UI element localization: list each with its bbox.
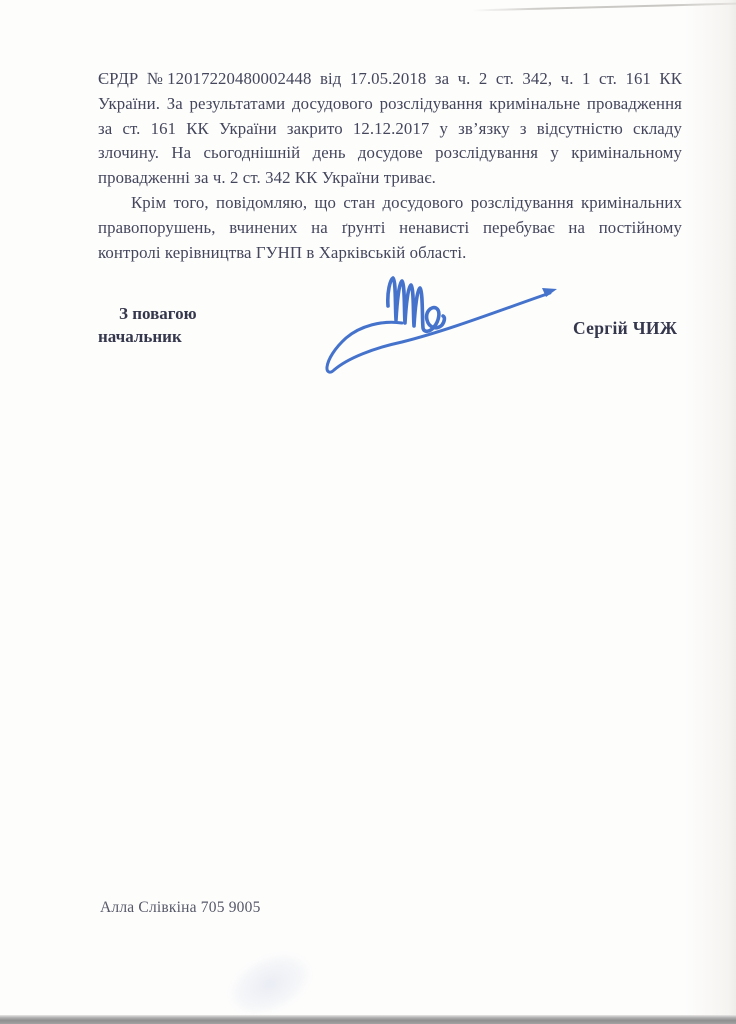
scan-artifact-top-line bbox=[472, 3, 736, 12]
scanned-letter-page: ЄРДР №12017220480002448 від 17.05.2018 з… bbox=[0, 0, 736, 1024]
scan-bleedthrough-smudge bbox=[221, 943, 319, 1024]
closing-position-title: начальник bbox=[98, 326, 197, 349]
paragraph-case-status: ЄРДР №12017220480002448 від 17.05.2018 з… bbox=[98, 67, 682, 191]
scan-artifact-bottom-band bbox=[0, 1015, 736, 1024]
closing-block: З повагою начальник bbox=[98, 303, 197, 348]
paragraph-hate-crimes-control: Крім того, повідомляю, що стан досудовог… bbox=[98, 191, 682, 265]
letter-body: ЄРДР №12017220480002448 від 17.05.2018 з… bbox=[98, 67, 682, 265]
closing-salutation: З повагою bbox=[98, 303, 197, 326]
signature-flourish-stroke bbox=[327, 293, 550, 372]
executor-note: Алла Слівкіна 705 9005 bbox=[100, 899, 261, 917]
signer-name: Сергій ЧИЖ bbox=[573, 318, 677, 339]
handwritten-signature-image bbox=[310, 260, 562, 382]
